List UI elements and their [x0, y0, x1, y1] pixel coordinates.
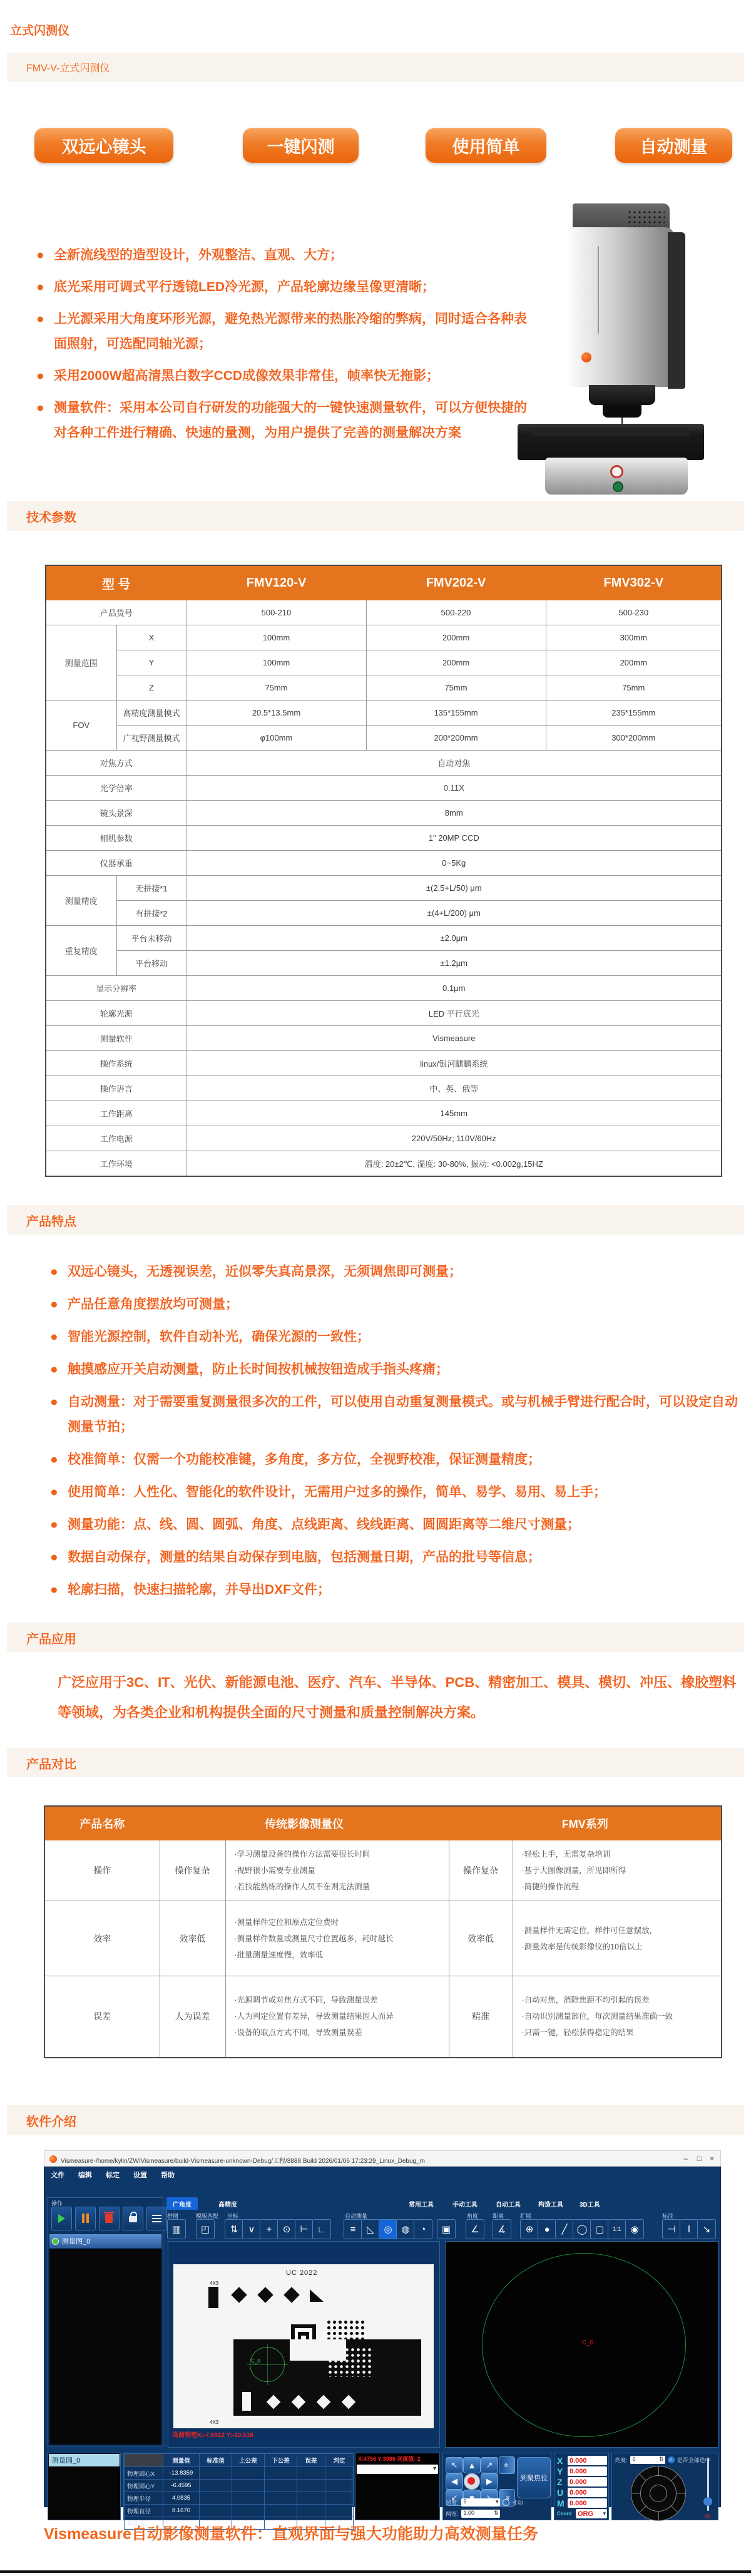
table-row: 测量值 标准值 上公差 下公差 误差 判定 — [125, 2454, 354, 2467]
lens-housing — [589, 385, 655, 405]
axis-x-value: 0.000 — [568, 2456, 607, 2465]
more-button[interactable] — [146, 2207, 167, 2230]
axis-readout-panel: X0.000 Y0.000 Z0.000 U0.000 M0.000 Coord… — [554, 2453, 609, 2520]
run-button[interactable] — [51, 2207, 72, 2230]
bullet-dot-icon: ● — [50, 1390, 58, 1415]
jog-up-button[interactable]: ▲ — [463, 2457, 481, 2473]
jog-radio[interactable] — [503, 2499, 509, 2506]
software-caption: Vismeasure自动影像测量软件：直观界面与强大功能助力高效测量任务 — [44, 2522, 538, 2544]
lens — [603, 404, 641, 418]
section-title-tech: 技术参数 — [26, 507, 76, 525]
bullet-dot-icon: ● — [50, 1578, 58, 1603]
maximize-button[interactable]: □ — [697, 2154, 702, 2163]
feature-bullet: ●校准简单：仅需一个功能校准键，多角度，多方位，全视野校准，保证测量精度； — [50, 1447, 742, 1472]
col-header-traditional: 传统影像测量仪 — [160, 1806, 449, 1840]
table-row: 工作电源220V/50Hz; 110V/60Hz — [46, 1126, 722, 1151]
bullet-dot-icon: ● — [50, 1292, 58, 1317]
tool-icon-annotate-h[interactable]: ⊣ — [662, 2219, 681, 2239]
tool-icon-distance[interactable]: ∡ — [493, 2219, 511, 2239]
intro-bullet: ●底光采用可调式平行透镜LED冷光源，产品轮廓边缘呈像更清晰； — [36, 275, 537, 300]
table-row: 测量范围X100mm200mm300mm — [46, 625, 722, 650]
table-row: 相机参数1" 20MP CCD — [46, 826, 722, 851]
table-row: 物理半径4.0835 — [125, 2492, 354, 2505]
stage — [518, 424, 704, 460]
page-bottom-divider — [0, 2570, 751, 2573]
coord-row: CoordORG — [557, 2508, 607, 2520]
tool-icon-ext-1[interactable]: ⊕ — [520, 2219, 539, 2239]
tool-icon-ext-target[interactable]: ◉ — [625, 2219, 644, 2239]
feature-bullet: ●使用简单：人性化、智能化的软件设计，无需用户过多的操作，简单、易学、易用、易上… — [50, 1480, 742, 1505]
badge-dual-telecentric: 双远心镜头 — [34, 128, 173, 163]
col-header-fmv302: FMV302-V — [546, 565, 722, 600]
table-row: 型 号 FMV120-V FMV202-V FMV302-V — [46, 565, 722, 600]
speed-label: 速度: — [446, 2498, 459, 2507]
tech-spec-table: 型 号 FMV120-V FMV202-V FMV302-V 产品货号500-2… — [45, 565, 722, 1177]
tool-icon-auto-1[interactable]: ≡ — [344, 2219, 362, 2239]
axis-u-value: 0.000 — [568, 2488, 607, 2497]
layer-status-icon — [52, 2238, 59, 2245]
tool-group-common[interactable]: 常用工具 — [409, 2199, 434, 2209]
table-row: 仪器承重0~5Kg — [46, 851, 722, 876]
delete-button[interactable] — [99, 2207, 120, 2230]
intro-bullet: ●采用2000W超高清黑白数字CCD成像效果非常佳，帧率快无拖影； — [36, 364, 537, 389]
tool-icon-region[interactable]: ▣ — [437, 2219, 456, 2239]
operation-panel: 操作 测量图_0 — [48, 2197, 163, 2446]
image-canvas[interactable]: UC 2022 4X3 C_0 — [168, 2241, 440, 2448]
live-coordinate-readout: 当前物理X:-7.6912 Y:-10.518 — [172, 2430, 253, 2439]
tool-icon-template-match[interactable]: ◰ — [196, 2219, 215, 2239]
brand-logo-icon — [581, 352, 591, 362]
subtitle-bar: FMV-V-立式闪测仪 — [7, 53, 744, 82]
pause-button[interactable] — [75, 2207, 96, 2230]
col-header-model: 型 号 — [46, 565, 186, 600]
bullet-dot-icon: ● — [50, 1480, 58, 1505]
slider-knob[interactable] — [703, 2497, 712, 2506]
col-header-fmv202: FMV202-V — [366, 565, 546, 600]
bullet-dot-icon: ● — [50, 1325, 58, 1350]
table-row: 工作环境温度: 20±2℃, 湿度: 30-80%, 振动: <0.002g,1… — [46, 1151, 722, 1177]
bullet-dot-icon: ● — [50, 1512, 58, 1537]
select-all-checkbox[interactable]: ✓ — [668, 2456, 675, 2463]
section-bar-features: 产品特点 — [7, 1205, 744, 1234]
machine-tower — [568, 227, 674, 387]
result-item-circle[interactable]: 测量圆_0 — [49, 2454, 120, 2466]
tool-icon-mosaic[interactable]: ▥ — [167, 2219, 186, 2239]
table-row: 有拼接*2±(4+L/200) μm — [46, 901, 722, 926]
brightness-label: 亮度: — [615, 2456, 628, 2464]
jog-left-button[interactable]: ◀ — [446, 2473, 463, 2490]
tool-icon-ext-rect[interactable]: ▢ — [590, 2219, 609, 2239]
comparison-table: 产品名称 传统影像测量仪 FMV系列 操作 操作复杂 ·学习测量设备的操作方法需… — [44, 1805, 722, 2058]
tool-icon-coord-6[interactable]: ∟ — [312, 2219, 331, 2239]
tool-icon-auto-circle[interactable]: ◎ — [379, 2219, 397, 2239]
col-header-fmv: FMV系列 — [449, 1806, 722, 1840]
badge-one-key: 一键闪测 — [243, 128, 359, 163]
table-row: 重复精度平台未移动±2.0μm — [46, 926, 722, 951]
table-row: 广视野测量模式φ100mm200*200mm300*200mm — [46, 726, 722, 751]
col-header-fmv120: FMV120-V — [186, 565, 366, 600]
jog-label: 寸动 — [512, 2498, 523, 2507]
table-row: FOV高精度测量模式20.5*13.5mm135*155mm235*155mm — [46, 700, 722, 726]
light-intensity-slider[interactable] — [707, 2458, 709, 2511]
intro-bullet: ●上光源采用大角度环形光源，避免热光源带来的热胀冷缩的弊病，同时适合各种表面照射… — [36, 307, 537, 357]
intro-bullet-list: ●全新流线型的造型设计，外观整洁、直观、大方； ●底光采用可调式平行透镜LED冷… — [36, 243, 537, 453]
tab-wide-angle[interactable]: 广角度 — [166, 2197, 198, 2210]
bullet-dot-icon: ● — [50, 1545, 58, 1570]
table-row: 产品货号500-210500-220500-230 — [46, 600, 722, 625]
record-button[interactable] — [464, 2473, 480, 2490]
start-button — [613, 481, 623, 492]
intro-bullet-text: 采用2000W超高清黑白数字CCD成像效果非常佳，帧率快无拖影； — [54, 369, 439, 383]
feature-bullet: ●触摸感应开关启动测量，防止长时间按机械按钮造成手指头疼痛； — [50, 1357, 742, 1382]
axis-m-value: 0.000 — [568, 2498, 607, 2508]
select-all-label: 是否全部选中 — [677, 2456, 711, 2464]
light-off-icon[interactable]: ⊘ — [705, 2512, 710, 2520]
tool-icon-coord-5[interactable]: ⊢ — [295, 2219, 314, 2239]
menu-edit[interactable]: 编辑 — [78, 2170, 92, 2180]
intro-bullet-text: 上光源采用大角度环形光源，避免热光源带来的热胀冷缩的弊病，同时适合各种表面照射，… — [54, 312, 527, 351]
tool-icon-annotate-d[interactable]: ↘ — [697, 2219, 716, 2239]
step-spinner[interactable]: 1.00 — [461, 2510, 500, 2518]
badge-easy-use: 使用简单 — [426, 128, 546, 163]
ring-light-control[interactable] — [631, 2466, 686, 2521]
menu-settings[interactable]: 设置 — [133, 2170, 147, 2180]
measured-circle — [250, 2347, 285, 2382]
table-row: 物理圆心X-13.8359 — [125, 2467, 354, 2480]
tool-icon-auto-ellipse[interactable]: ◍ — [396, 2219, 415, 2239]
bullet-dot-icon: ● — [36, 307, 44, 332]
table-row: 测量软件Vismeasure — [46, 1026, 722, 1051]
feature-bullet: ●测量功能：点、线、圆、圆弧、角度、点线距离、线线距离、圆圆距离等二维尺寸测量； — [50, 1512, 742, 1537]
light-control-panel: 亮度: 0 ✓ 是否全部选中 ⊘ — [611, 2453, 718, 2520]
layer-item-label: 测量图_0 — [62, 2236, 90, 2246]
table-row: 物理圆心Y-6.4595 — [125, 2480, 354, 2492]
table-row: 测量精度无拼接*1±(2.5+L/50) μm — [46, 876, 722, 901]
bullet-dot-icon: ● — [36, 243, 44, 268]
fast-up-button[interactable]: « — [499, 2456, 515, 2474]
tool-icon-auto-2[interactable]: ◺ — [361, 2219, 380, 2239]
tool-icon-coord-3[interactable]: + — [260, 2219, 278, 2239]
window-body: 文件 编辑 标定 设置 帮助 操作 测量图_0 — [44, 2167, 721, 2507]
trash-icon — [105, 2214, 113, 2223]
tab-high-precision[interactable]: 高精度 — [212, 2197, 243, 2210]
menu-calibration[interactable]: 标定 — [106, 2170, 120, 2180]
brightness-row: 亮度: 0 ✓ 是否全部选中 — [615, 2456, 711, 2464]
section-title-features: 产品特点 — [26, 1211, 76, 1229]
bullet-dot-icon: ● — [50, 1260, 58, 1285]
tool-icon-ext-line[interactable]: ╱ — [555, 2219, 574, 2239]
intro-bullet-text: 全新流线型的造型设计，外观整洁、直观、大方； — [54, 248, 343, 262]
feature-bullet: ●轮廓扫描，快速扫描轮廓，并导出DXF文件； — [50, 1578, 742, 1603]
table-row: 效率 效率低 ·测量样件定位和原点定位费时 ·测量样件数量或测量尺寸位置越多，耗… — [44, 1901, 722, 1976]
intro-bullet-text: 底光采用可调式平行透镜LED冷光源，产品轮廓边缘呈像更清晰； — [54, 280, 435, 294]
step-row: 两宽: 1.00 — [446, 2510, 500, 2518]
tool-group-construct[interactable]: 构造工具 — [538, 2199, 563, 2209]
page-title: 立式闪测仪 — [10, 21, 69, 38]
feature-bullet: ●双远心镜头，无透视误差，近似零失真高景深，无须调焦即可测量； — [50, 1260, 742, 1285]
product-model-subtitle: FMV-V-立式闪测仪 — [26, 60, 110, 74]
software-screenshot: Vismeasure-/home/kylin/ZW/Vismeasure/bui… — [44, 2150, 721, 2507]
result-select-dropdown[interactable] — [357, 2465, 438, 2474]
table-row: Z75mm75mm75mm — [46, 675, 722, 700]
result-canvas[interactable]: C_0 — [445, 2241, 718, 2448]
speed-row: 速度: 5 寸动 — [446, 2498, 523, 2507]
tool-icon-ext-point[interactable]: ● — [538, 2219, 556, 2239]
bullet-dot-icon: ● — [50, 1447, 58, 1472]
feature-bullet: ●数据自动保存，测量的结果自动保存到电脑，包括测量日期，产品的批号等信息； — [50, 1545, 742, 1570]
speed-select[interactable]: 5 — [461, 2498, 500, 2507]
table-row: 操作语言中、英、俄等 — [46, 1076, 722, 1101]
operation-actions — [51, 2207, 167, 2230]
plate-uc-label: UC 2022 — [286, 2269, 317, 2277]
jog-right-button[interactable]: ▶ — [481, 2473, 498, 2490]
window-title: Vismeasure-/home/kylin/ZW/Vismeasure/bui… — [61, 2155, 425, 2165]
table-row: 平台移动±1.2μm — [46, 951, 722, 976]
tool-group-auto[interactable]: 自动工具 — [496, 2199, 521, 2209]
tool-icon-coord-4[interactable]: ⊙ — [277, 2219, 296, 2239]
product-image — [510, 203, 710, 495]
result-table-panel: 测量值 标准值 上公差 下公差 误差 判定 物理圆心X-13.8359 物理圆心… — [123, 2453, 352, 2520]
intro-bullet-text: 测量软件：采用本公司自行研发的功能强大的一键快速测量软件，可以方便快捷的对各种工… — [54, 401, 527, 440]
jog-up-right-button[interactable]: ↗ — [481, 2457, 498, 2473]
circle-id-label: C_0 — [582, 2339, 593, 2346]
hamburger-icon — [152, 2215, 161, 2222]
brightness-spinner[interactable]: 0 — [630, 2456, 665, 2464]
col-header-name: 产品名称 — [44, 1806, 160, 1840]
app-logo-icon — [49, 2155, 57, 2163]
machine-base — [545, 458, 688, 495]
step-label: 两宽: — [446, 2510, 459, 2518]
table-row: 操作系统linux/银河麒麟系统 — [46, 1051, 722, 1076]
calibration-plate-image: UC 2022 4X3 C_0 — [173, 2264, 434, 2428]
section-bar-apps: 产品应用 — [7, 1623, 744, 1652]
feature-bullet: ●产品任意角度摆放均可测量； — [50, 1292, 742, 1317]
section-title-compare: 产品对比 — [26, 1754, 76, 1772]
tool-icon-coord-1[interactable]: ⇅ — [225, 2219, 243, 2239]
table-row: 工作距离145mm — [46, 1101, 722, 1126]
tool-icon-ext-circle[interactable]: ◯ — [573, 2219, 591, 2239]
tool-icon-annotate-v[interactable]: Ⅰ — [680, 2219, 698, 2239]
result-table: 测量值 标准值 上公差 下公差 误差 判定 物理圆心X-13.8359 物理圆心… — [124, 2453, 354, 2530]
power-button — [610, 465, 623, 478]
table-row: 操作 操作复杂 ·学习测量设备的操作方法需要很长时间 ·视野很小需要专业测量 ·… — [44, 1840, 722, 1901]
badge-auto-measure: 自动测量 — [615, 128, 732, 163]
menu-help[interactable]: 帮助 — [161, 2170, 175, 2180]
axis-z-value: 0.000 — [568, 2477, 607, 2486]
pixel-readout: X:4756 Y:3086 灰度值: 2 — [355, 2453, 439, 2463]
bullet-dot-icon: ● — [36, 364, 44, 389]
table-row: 显示分辨率0.1μm — [46, 976, 722, 1001]
table-row: 产品名称 传统影像测量仪 FMV系列 — [44, 1806, 722, 1840]
bullet-dot-icon: ● — [36, 396, 44, 421]
play-icon — [58, 2214, 65, 2223]
table-row: 物理直径8.1670 — [125, 2505, 354, 2517]
window-titlebar: Vismeasure-/home/kylin/ZW/Vismeasure/bui… — [44, 2150, 721, 2167]
table-row: 对焦方式自动对焦 — [46, 751, 722, 776]
pixel-info-panel: X:4756 Y:3086 灰度值: 2 — [355, 2453, 440, 2520]
table-row: 光学倍率0.11X — [46, 776, 722, 801]
go-focus-button[interactable]: 到聚焦位 — [517, 2457, 551, 2498]
result-list-panel: 测量圆_0 — [48, 2453, 121, 2520]
stage-nav-panel: ↖ ▲ ↗ « ◀ ▶ ↙ ▼ ↘ « 到聚焦位 速度: 5 寸动 — [442, 2453, 551, 2520]
intro-bullet: ●测量软件：采用本公司自行研发的功能强大的一键快速测量软件，可以方便快捷的对各种… — [36, 396, 537, 446]
feature-bullet-list: ●双远心镜头，无透视误差，近似零失真高景深，无须调焦即可测量； ●产品任意角度摆… — [50, 1260, 742, 1610]
tool-icon-coord-2[interactable]: ∨ — [242, 2219, 261, 2239]
tool-icon-angle[interactable]: ∠ — [466, 2219, 484, 2239]
bullet-dot-icon: ● — [50, 1357, 58, 1382]
close-button[interactable]: × — [710, 2154, 714, 2163]
tool-group-3d[interactable]: 3D工具 — [580, 2199, 600, 2209]
tool-icon-auto-arc[interactable]: ◔ — [414, 2219, 432, 2239]
table-row: 镜头景深8mm — [46, 801, 722, 826]
section-title-apps: 产品应用 — [26, 1629, 76, 1647]
applications-paragraph: 广泛应用于3C、IT、光伏、新能源电池、医疗、汽车、半导体、PCB、精密加工、模… — [58, 1668, 737, 1728]
intro-bullet: ●全新流线型的造型设计，外观整洁、直观、大方； — [36, 243, 537, 268]
section-bar-software: 软件介绍 — [7, 2105, 744, 2135]
section-bar-compare: 产品对比 — [7, 1748, 744, 1777]
table-row: Y100mm200mm200mm — [46, 650, 722, 675]
lock-icon — [129, 2216, 137, 2222]
tool-icon-one-to-one[interactable]: 1:1 — [608, 2219, 626, 2239]
feature-bullet: ●智能光源控制，软件自动补光，确保光源的一致性； — [50, 1325, 742, 1350]
section-title-software: 软件介绍 — [26, 2112, 76, 2130]
axis-y-value: 0.000 — [568, 2466, 607, 2476]
lock-button[interactable] — [123, 2207, 143, 2230]
jog-up-left-button[interactable]: ↖ — [446, 2457, 463, 2473]
measure-layer-item[interactable]: 测量图_0 — [49, 2234, 161, 2248]
bullet-dot-icon: ● — [36, 275, 44, 300]
product-page: 立式闪测仪 FMV-V-立式闪测仪 双远心镜头 一键闪测 使用简单 自动测量 ●… — [0, 0, 751, 2576]
menu-file[interactable]: 文件 — [51, 2170, 64, 2180]
feature-bullet: ●自动测量：对于需要重复测量很多次的工件，可以使用自动重复测量模式。或与机械手臂… — [50, 1390, 742, 1440]
minimize-button[interactable]: – — [683, 2154, 688, 2163]
tool-group-manual[interactable]: 手动工具 — [452, 2199, 478, 2209]
layer-list-area[interactable] — [49, 2249, 161, 2445]
section-bar-tech: 技术参数 — [7, 501, 744, 531]
pause-icon — [82, 2214, 84, 2223]
coord-select[interactable]: ORG — [576, 2509, 607, 2518]
table-row: 误差 人为误差 ·光源调节或对焦方式不同，导致测量误差 ·人为判定位置有差异，导… — [44, 1976, 722, 2058]
table-row: 轮廓光源LED 平行底光 — [46, 1001, 722, 1026]
menu-bar: 文件 编辑 标定 设置 帮助 — [51, 2170, 175, 2180]
